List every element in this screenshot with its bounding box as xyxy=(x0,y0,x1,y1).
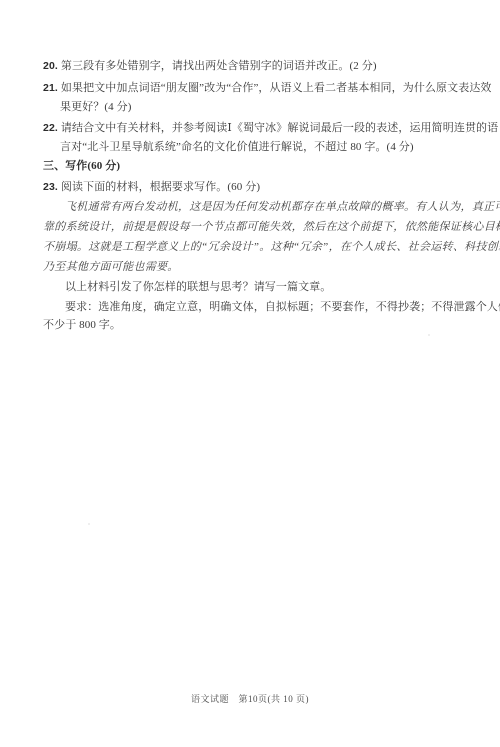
question-22-text-2: 言对“北斗卫星导航系统”命名的文化价值进行解说，不超过 80 字。(4 分) xyxy=(60,141,414,153)
question-21-text-2: 果更好？(4 分) xyxy=(60,101,131,113)
question-21-text-1: 如果把文中加点词语“朋友圈”改为“合作”，从语义上看二者基本相同，为什么原文表达… xyxy=(61,82,492,94)
page-footer: 语文试题 第10页(共 10 页) xyxy=(0,692,500,705)
scan-noise-speck xyxy=(428,334,430,336)
essay-material-text-1: 飞机通常有两台发动机，这是因为任何发动机都存在单点故障的概率。有人认为，真正可 xyxy=(65,201,500,213)
question-21-number: 21. xyxy=(43,82,58,94)
essay-requirements-text-1: 要求：选准角度，确定立意，明确文体，自拟标题；不要套作，不得抄袭；不得泄露个人信… xyxy=(65,301,500,313)
essay-requirements-text-2: 不少于 800 字。 xyxy=(43,319,121,331)
essay-requirements-line-2: 不少于 800 字。 xyxy=(43,318,121,332)
question-21-line-2: 果更好？(4 分) xyxy=(60,100,131,114)
question-22-number: 22. xyxy=(43,122,58,134)
essay-material-text-4: 乃至其他方面可能也需要。 xyxy=(43,261,179,273)
scan-noise-speck xyxy=(88,523,90,525)
question-21-line-1: 21.如果把文中加点词语“朋友圈”改为“合作”，从语义上看二者基本相同，为什么原… xyxy=(43,81,492,95)
question-23-number: 23. xyxy=(43,181,58,193)
essay-material-line-1: 飞机通常有两台发动机，这是因为任何发动机都存在单点故障的概率。有人认为，真正可 xyxy=(65,200,500,214)
essay-material-text-3: 不崩塌。这就是工程学意义上的“冗余设计”。这种“冗余”，在个人成长、社会运转、科… xyxy=(43,241,500,253)
question-23: 23.阅读下面的材料，根据要求写作。(60 分) xyxy=(43,180,260,194)
question-22-line-2: 言对“北斗卫星导航系统”命名的文化价值进行解说，不超过 80 字。(4 分) xyxy=(60,140,414,154)
essay-material-text-2: 靠的系统设计，前提是假设每一个节点都可能失效，然后在这个前提下，依然能保证核心目… xyxy=(43,221,500,233)
exam-paper-page: 20.第三段有多处错别字，请找出两处含错别字的词语并改正。(2 分) 21.如果… xyxy=(0,0,500,747)
essay-prompt: 以上材料引发了你怎样的联想与思考？请写一篇文章。 xyxy=(65,280,331,294)
essay-material-line-3: 不崩塌。这就是工程学意义上的“冗余设计”。这种“冗余”，在个人成长、社会运转、科… xyxy=(43,240,500,254)
essay-material-line-4: 乃至其他方面可能也需要。 xyxy=(43,260,179,274)
section-3-heading: 三、写作(60 分) xyxy=(43,159,120,173)
question-20-number: 20. xyxy=(43,60,58,72)
essay-prompt-text: 以上材料引发了你怎样的联想与思考？请写一篇文章。 xyxy=(65,281,331,293)
question-20: 20.第三段有多处错别字，请找出两处含错别字的词语并改正。(2 分) xyxy=(43,59,377,73)
section-3-title: 三、写作(60 分) xyxy=(43,160,120,172)
question-22-text-1: 请结合文中有关材料，并参考阅读Ⅰ《蜀守冰》解说词最后一段的表述，运用简明连贯的语 xyxy=(61,122,498,134)
question-20-text: 第三段有多处错别字，请找出两处含错别字的词语并改正。(2 分) xyxy=(61,60,377,72)
question-23-text: 阅读下面的材料，根据要求写作。(60 分) xyxy=(61,181,260,193)
question-22-line-1: 22.请结合文中有关材料，并参考阅读Ⅰ《蜀守冰》解说词最后一段的表述，运用简明连… xyxy=(43,121,498,135)
essay-material-line-2: 靠的系统设计，前提是假设每一个节点都可能失效，然后在这个前提下，依然能保证核心目… xyxy=(43,220,500,234)
essay-requirements-line-1: 要求：选准角度，确定立意，明确文体，自拟标题；不要套作，不得抄袭；不得泄露个人信… xyxy=(65,300,500,314)
page-footer-text: 语文试题 第10页(共 10 页) xyxy=(191,694,309,704)
